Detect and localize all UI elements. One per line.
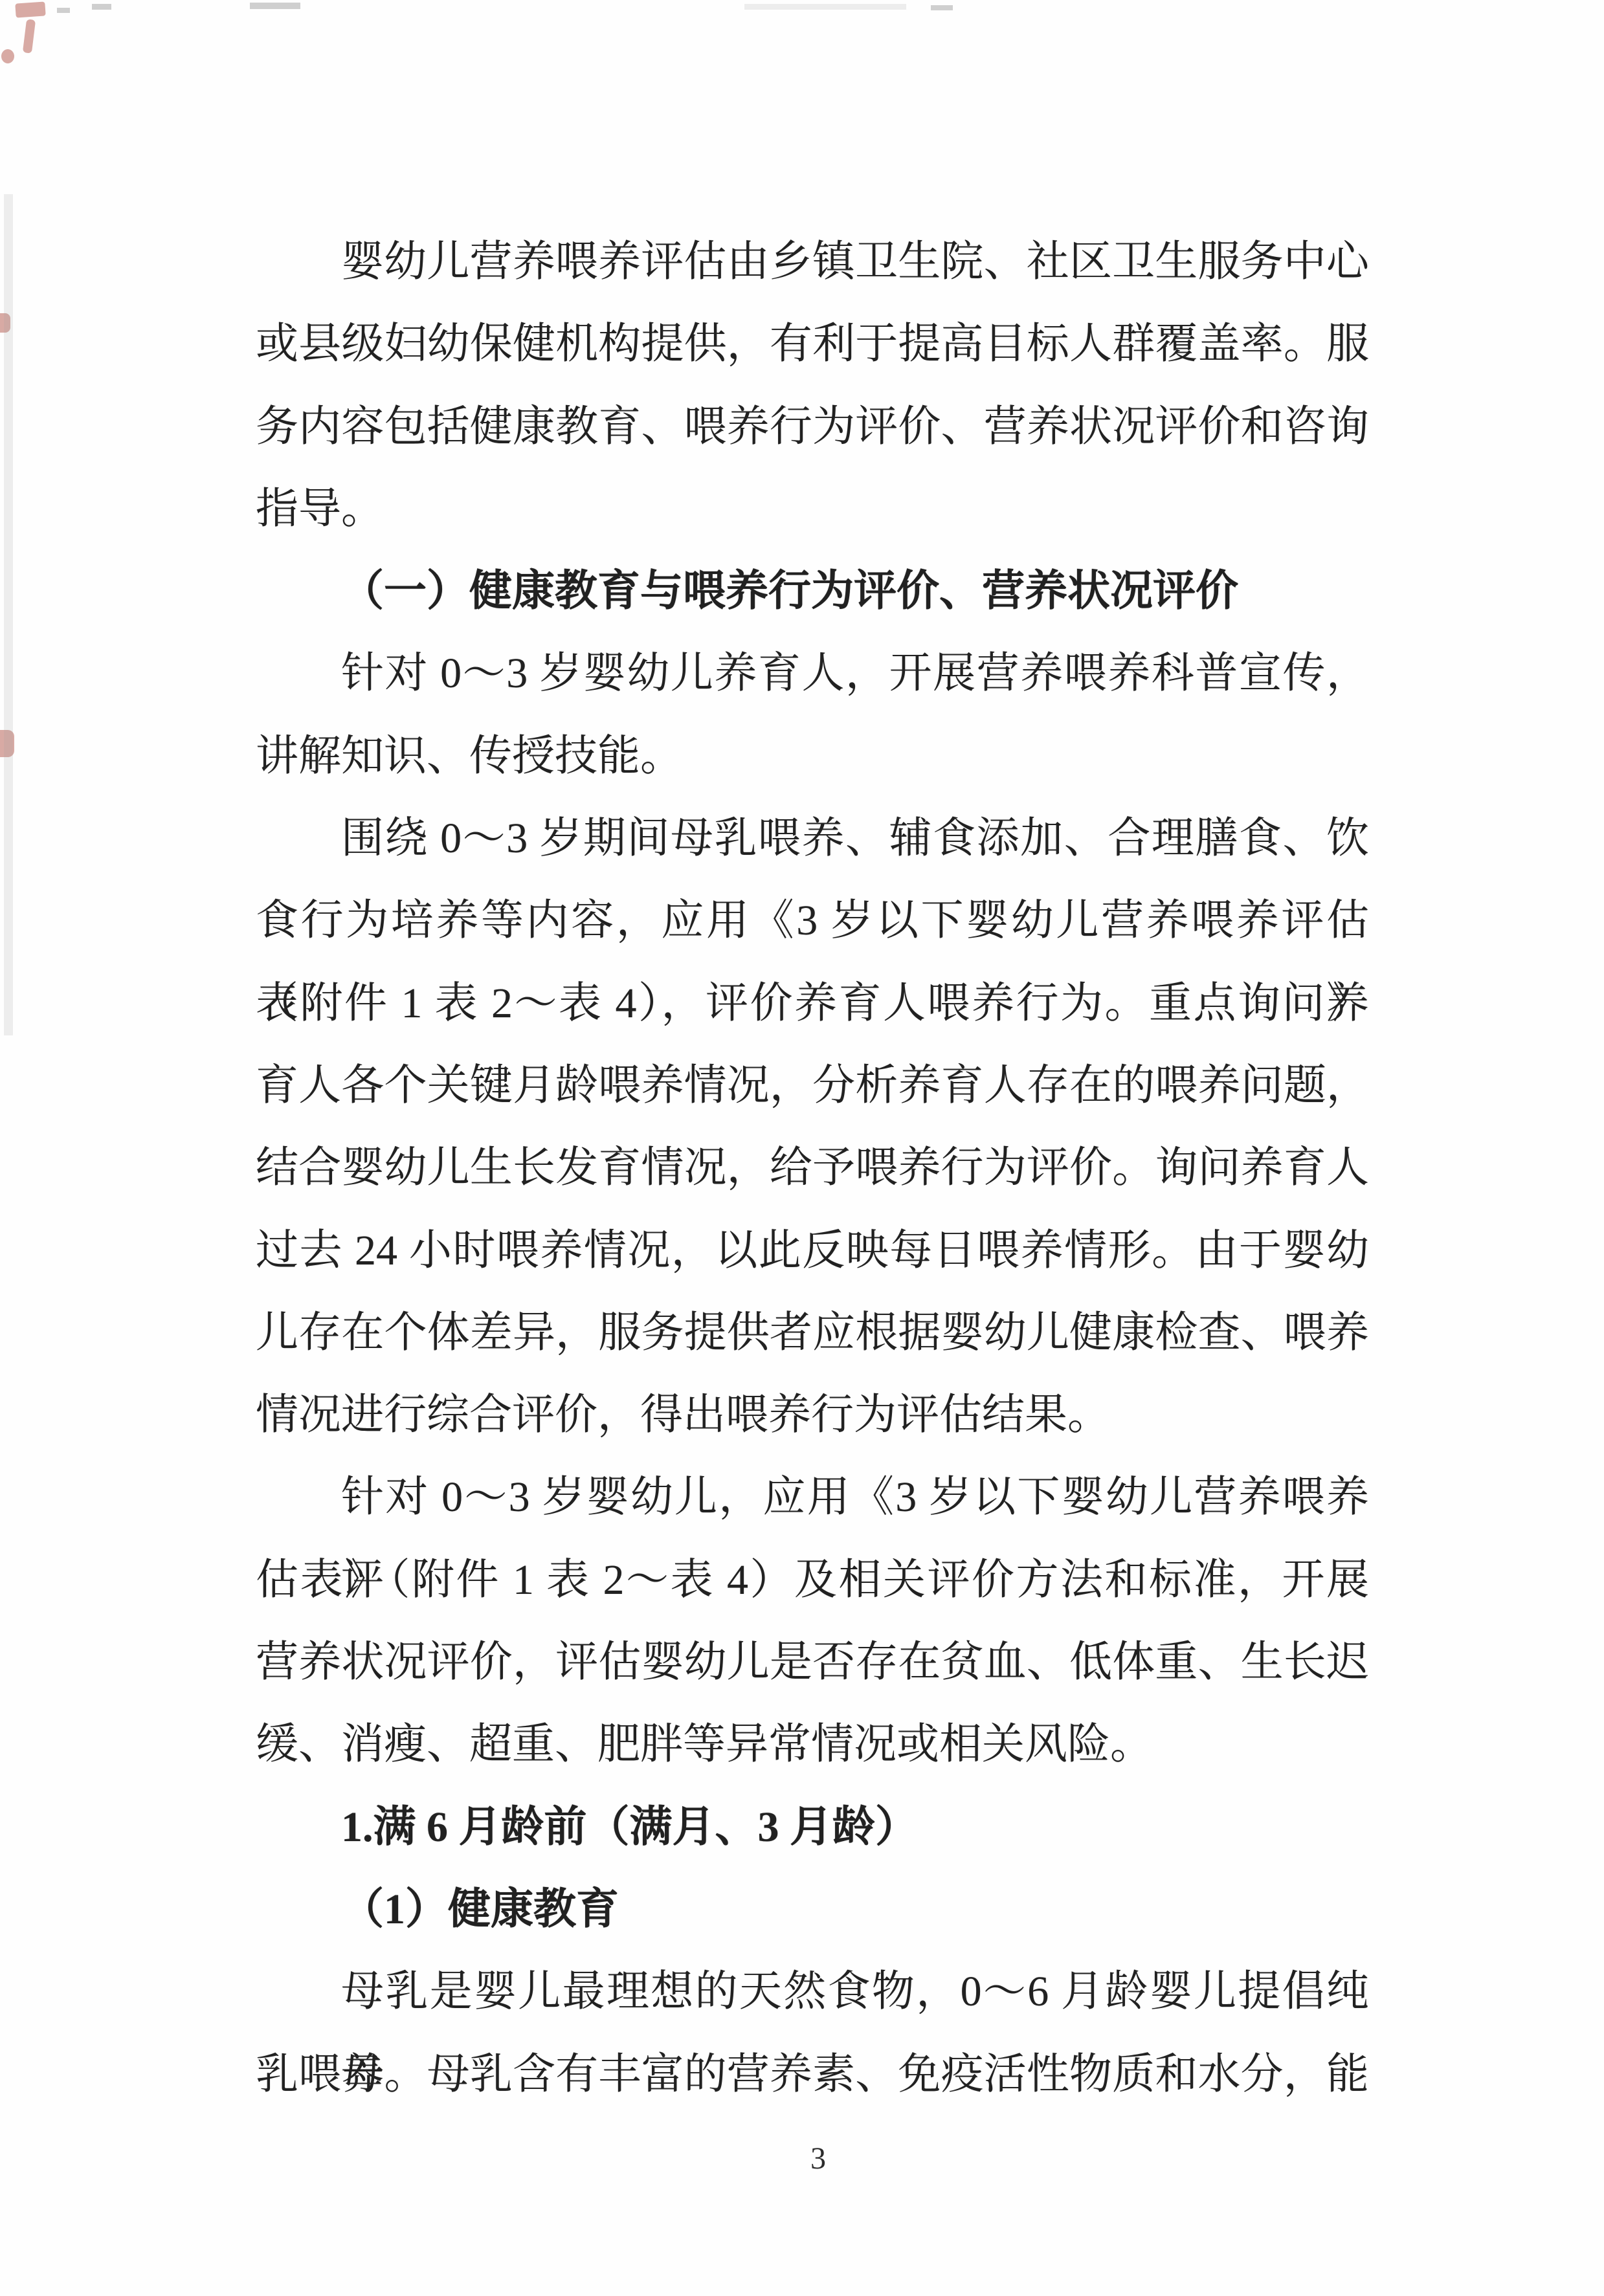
text-line: 情况进行综合评价，得出喂养行为评估结果。 <box>256 1374 1369 1456</box>
text-line: 母乳是婴儿最理想的天然食物，0～6 月龄婴儿提倡纯母 <box>256 1950 1369 2033</box>
text-line: 过去 24 小时喂养情况，以此反映每日喂养情形。由于婴幼 <box>256 1209 1369 1292</box>
scan-artifact-red-dot <box>1 49 14 63</box>
scan-artifact-gray-dash <box>250 3 300 9</box>
scan-artifact-gray-dash <box>931 5 953 10</box>
scan-artifact-red-left-edge <box>0 313 10 333</box>
scan-artifact-edge-streak <box>4 194 13 1035</box>
text-line: 务内容包括健康教育、喂养行为评价、营养状况评价和咨询 <box>256 386 1369 468</box>
scan-artifact-red-corner <box>15 1 45 17</box>
text-line: 针对 0～3 岁婴幼儿养育人，开展营养喂养科普宣传， <box>256 632 1369 714</box>
section-heading: 1.满 6 月龄前（满月、3 月龄） <box>256 1786 1369 1868</box>
text-line: 或县级妇幼保健机构提供，有利于提高目标人群覆盖率。服 <box>256 303 1369 385</box>
text-line: 缓、消瘦、超重、肥胖等异常情况或相关风险。 <box>256 1703 1369 1785</box>
text-line: 围绕 0～3 岁期间母乳喂养、辅食添加、合理膳食、饮 <box>256 797 1369 879</box>
text-line: 营养状况评价，评估婴幼儿是否存在贫血、低体重、生长迟 <box>256 1621 1369 1703</box>
scan-artifact-gray-dash <box>92 4 111 10</box>
scan-artifact-red-corner <box>23 19 36 53</box>
text-line: 食行为培养等内容，应用《3 岁以下婴幼儿营养喂养评估表》 <box>256 879 1369 962</box>
scan-artifact-gray-dash <box>57 8 70 13</box>
text-line: 针对 0～3 岁婴幼儿，应用《3 岁以下婴幼儿营养喂养评 <box>256 1456 1369 1538</box>
text-line: 讲解知识、传授技能。 <box>256 715 1369 797</box>
text-line: 乳喂养。母乳含有丰富的营养素、免疫活性物质和水分，能 <box>256 2033 1369 2115</box>
section-heading: （一）健康教育与喂养行为评价、营养状况评价 <box>256 550 1369 632</box>
text-line: 估表》（附件 1 表 2～表 4）及相关评价方法和标准，开展 <box>256 1539 1369 1621</box>
scan-artifact-red-left-edge <box>0 730 14 757</box>
text-line: 儿存在个体差异，服务提供者应根据婴幼儿健康检查、喂养 <box>256 1292 1369 1374</box>
text-line: 婴幼儿营养喂养评估由乡镇卫生院、社区卫生服务中心 <box>256 221 1369 303</box>
text-line: （附件 1 表 2～表 4），评价养育人喂养行为。重点询问养 <box>256 962 1369 1044</box>
page-number: 3 <box>0 2141 1604 2176</box>
text-line: 育人各个关键月龄喂养情况，分析养育人存在的喂养问题， <box>256 1044 1369 1127</box>
document-text: 婴幼儿营养喂养评估由乡镇卫生院、社区卫生服务中心或县级妇幼保健机构提供，有利于提… <box>256 221 1369 2115</box>
scanned-document-page: 婴幼儿营养喂养评估由乡镇卫生院、社区卫生服务中心或县级妇幼保健机构提供，有利于提… <box>0 0 1604 2296</box>
text-line: 指导。 <box>256 468 1369 550</box>
scan-artifact-gray-dash <box>744 4 906 10</box>
section-heading: （1）健康教育 <box>256 1868 1369 1950</box>
text-line: 结合婴幼儿生长发育情况，给予喂养行为评价。询问养育人 <box>256 1127 1369 1209</box>
